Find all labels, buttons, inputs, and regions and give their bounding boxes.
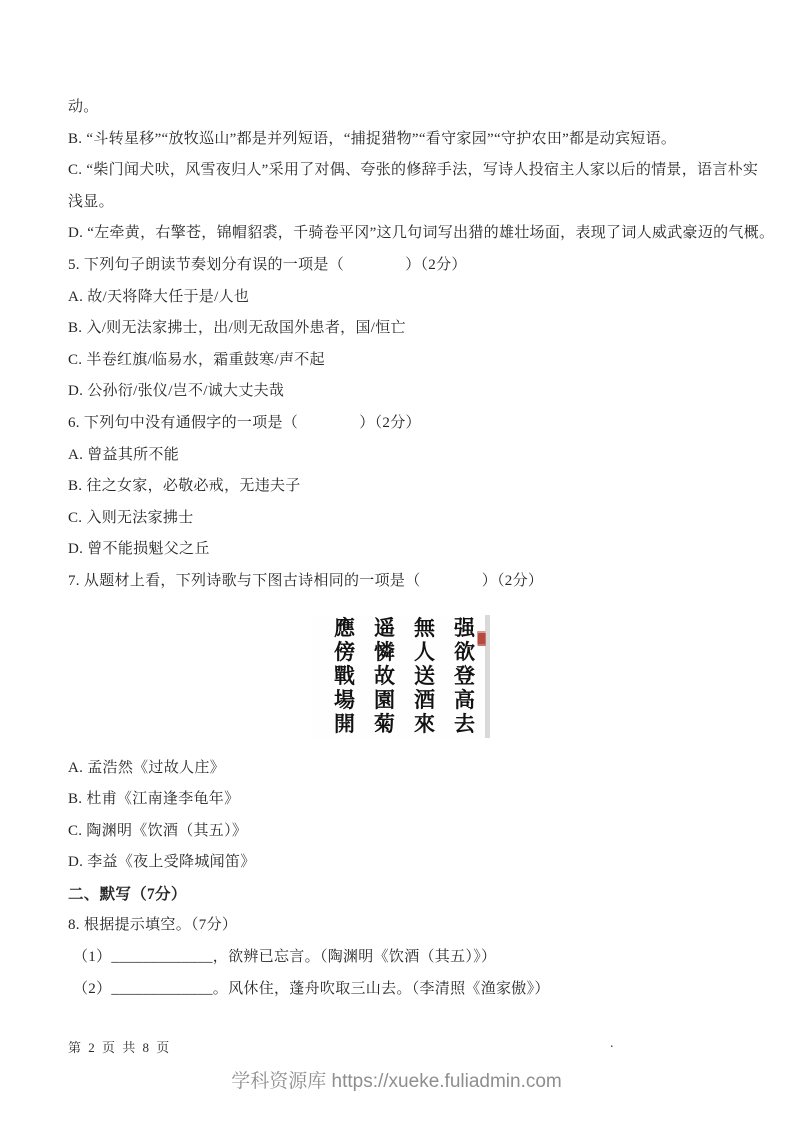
q7-option-d: D. 李益《夜上受降城闻笛》 — [68, 847, 732, 879]
calligraphy-column-2: 無人送酒來 — [413, 616, 436, 736]
calligraphy-poem: 强欲登高去 無人送酒來 遥憐故園菊 應傍戰場開 — [333, 616, 476, 736]
q5-option-a: A. 故/天将降大任于是/人也 — [68, 282, 732, 314]
q5-option-d: D. 公孙衍/张仪/岂不/诚大丈夫哉 — [68, 376, 732, 408]
red-seal-icon — [477, 631, 486, 646]
q7-stem: 7. 从题材上看，下列诗歌与下图古诗相同的一项是（ ）（2分） — [68, 566, 732, 598]
q4-option-c-line1: C. “柴门闻犬吠，风雪夜归人”采用了对偶、夸张的修辞手法，写诗人投宿主人家以后… — [68, 155, 732, 187]
q6-option-c: C. 入则无法家拂士 — [68, 503, 732, 535]
q7-option-b: B. 杜甫《江南逢李龟年》 — [68, 784, 732, 816]
footer-page-number: 第 2 页 共 8 页 — [68, 1037, 171, 1056]
stray-mark: . — [610, 1036, 614, 1052]
q5-option-b: B. 入/则无法家拂士，出/则无敌国外患者，国/恒亡 — [68, 313, 732, 345]
exam-page: 动。 B. “斗转星移”“放牧巡山”都是并列短语，“捕捉猎物”“看守家园”“守护… — [0, 0, 793, 1122]
q7-option-a: A. 孟浩然《过故人庄》 — [68, 753, 732, 785]
q4-option-b: B. “斗转星移”“放牧巡山”都是并列短语，“捕捉猎物”“看守家园”“守护农田”… — [68, 124, 732, 156]
q5-option-c: C. 半卷红旗/临易水，霜重鼓寒/声不起 — [68, 345, 732, 377]
section2-heading: 二、默写（7分） — [68, 879, 732, 911]
q8-blank-1: （1）_____________，欲辨已忘言。（陶渊明《饮酒（其五）》） — [68, 942, 732, 974]
calligraphy-image: 强欲登高去 無人送酒來 遥憐故園菊 應傍戰場開 — [311, 615, 490, 738]
q5-stem: 5. 下列句子朗读节奏划分有误的一项是（ ）（2分） — [68, 250, 732, 282]
calligraphy-column-4: 應傍戰場開 — [333, 616, 356, 736]
q4-option-c-line2: 浅显。 — [68, 187, 732, 219]
q4-option-d: D. “左牵黄，右擎苍，锦帽貂裘，千骑卷平冈”这几句词写出猎的雄壮场面，表现了词… — [68, 218, 732, 250]
calligraphy-column-1: 强欲登高去 — [453, 616, 476, 736]
q8-stem: 8. 根据提示填空。（7分） — [68, 910, 732, 942]
q6-stem: 6. 下列句中没有通假字的一项是（ ）（2分） — [68, 408, 732, 440]
q6-option-b: B. 往之女家，必敬必戒，无违夫子 — [68, 471, 732, 503]
calligraphy-column-3: 遥憐故園菊 — [373, 616, 396, 736]
document-body: 动。 B. “斗转星移”“放牧巡山”都是并列短语，“捕捉猎物”“看守家园”“守护… — [68, 92, 732, 1005]
footer-watermark-link[interactable]: 学科资源库 https://xueke.fuliadmin.com — [0, 1066, 793, 1093]
q7-option-c: C. 陶渊明《饮酒（其五）》 — [68, 816, 732, 848]
q6-option-d: D. 曾不能损魁父之丘 — [68, 534, 732, 566]
q8-blank-2: （2）_____________。风休住，蓬舟吹取三山去。（李清照《渔家傲》） — [68, 974, 732, 1006]
q6-option-a: A. 曾益其所不能 — [68, 440, 732, 472]
q4-carryover-text: 动。 — [68, 92, 732, 124]
